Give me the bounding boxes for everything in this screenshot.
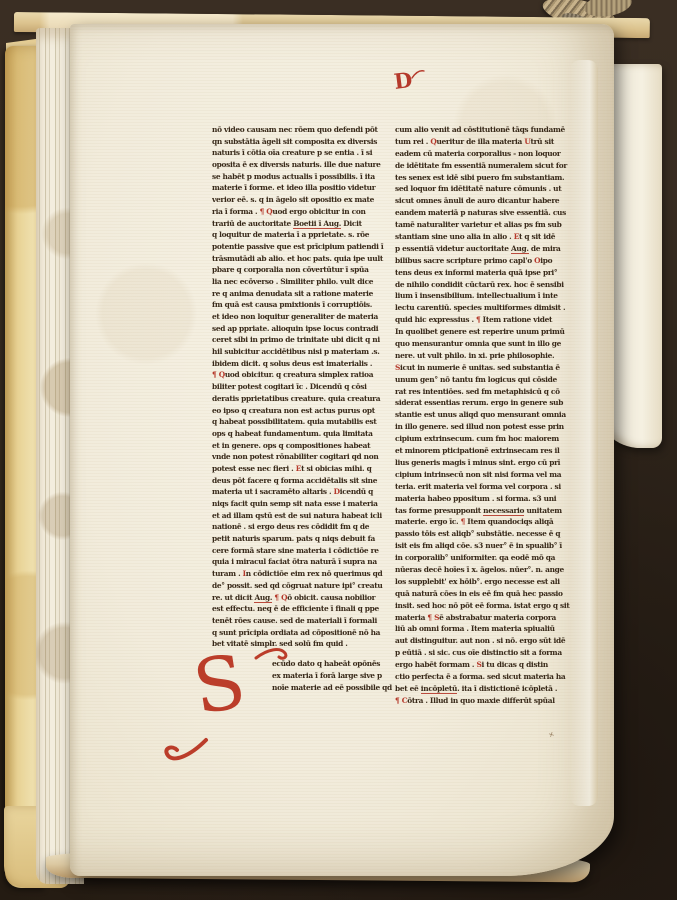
text-line: de° possit. sed qd cōgruat nature ipi° c…: [212, 580, 395, 592]
text-line: ctio perfecta ē a forma. sed sicut mater…: [395, 671, 578, 683]
text-line: insit. sed hoc nō pōt eē forma. istat er…: [395, 600, 578, 612]
text-line: sicut omnes ānuli de auro dicantur haber…: [395, 195, 578, 207]
text-line: lium ī insensibilium. intellectualium ī …: [395, 290, 578, 302]
text-line: unum gen° nō tantu fm logicus qui cōside: [395, 374, 578, 386]
text-line: q habeat possibilitatem. quia mutabilis …: [212, 416, 395, 428]
text-line: tenēt rōes cause. sed de materiali ī for…: [212, 615, 395, 627]
text-line: de idētitate fm essentiā numeralem sicut…: [395, 160, 578, 172]
text-line: ibidem dicit. q solus deus est imaterial…: [212, 358, 395, 370]
text-line: potentie passive que est prīcipium patie…: [212, 241, 395, 253]
text-line: liū ab omni forma . Item materia spiuali…: [395, 623, 578, 635]
text-line: eo ipso q creatura non est actus purus o…: [212, 405, 395, 417]
text-line: cipium extrinsecum. cum fm hoc maiorem: [395, 433, 578, 445]
text-line: re. ut dicit Aug. ¶ Qō obicit. causa nob…: [212, 592, 395, 604]
text-line: naturis ī cōtia oīa creature p se entia …: [212, 147, 395, 159]
text-line: niqs facit quin semp sit nata esse i mat…: [212, 498, 395, 510]
text-line: q loquitur de materia ī a pprietate. s. …: [212, 229, 395, 241]
text-line: bet eē incōpletū. ita ī distictionē icōp…: [395, 683, 578, 695]
text-line: cum alio venit ad cōstitutionē tāqs fund…: [395, 124, 578, 136]
text-line: est effectu. neq ē de efficiente ī final…: [212, 603, 395, 615]
text-line: petit naturis sparum. pats q niqs debuit…: [212, 533, 395, 545]
text-line: noīe materie ad eē possibile qd: [272, 682, 399, 694]
signature-flourish: [410, 68, 426, 82]
text-line: nere. ut vult philo. in xi. prie philoso…: [395, 350, 578, 362]
text-line: tamē naturaliter varietur et alias ps fm…: [395, 219, 578, 231]
text-line: stantiam sine uno alia in alio . Et q si…: [395, 231, 578, 243]
text-line: pbare q corporalia non cōvertūtur ī spūa: [212, 264, 395, 276]
text-line: ¶ Cōtra . Illud in quo maxie differūt sp…: [395, 695, 578, 707]
text-line: rat res intentiōes. sed fm metaphisicū q…: [395, 386, 578, 398]
text-line: sed loquor fm idētitatē nature cōmunis .…: [395, 183, 578, 195]
text-line: lius generis magis ī minus sint. ergo cū…: [395, 457, 578, 469]
text-line: de nihilo condidit cūctarū rex. hoc ē se…: [395, 279, 578, 291]
text-line: biliter potest cogitari īc . Dicendū q c…: [212, 381, 395, 393]
text-line: quo mensurantur omnia que sunt in illo g…: [395, 338, 578, 350]
text-line: materie ī forme. et ideo illa positio vi…: [212, 182, 395, 194]
text-line: oposita ē ex diversis naturis. ille due …: [212, 159, 395, 171]
text-line: nō video causam nec rōem quo defendi pōt: [212, 124, 395, 136]
text-line: qn substātia āgeli sit composita ex dive…: [212, 136, 395, 148]
text-line: materia ut i sacramēto altaris . Dicendū…: [212, 486, 395, 498]
text-line: aut distinguitur. aut non . si nō. ergo …: [395, 635, 578, 647]
text-line: q sunt prīcipia ordiata ad cōpositionē n…: [212, 627, 395, 639]
text-line: ergo habēt formam . Si tu dicas q distin: [395, 659, 578, 671]
text-line: los supplebit' ex hōib°. ergo necesse es…: [395, 576, 578, 588]
text-line: cipium intrinsecū non sit nisi forma vel…: [395, 469, 578, 481]
text-line: ecūdo dato q habeāt opōnēs: [272, 658, 399, 670]
text-line: materia ¶ Sē abstrabatur materia corpora: [395, 612, 578, 624]
text-line: trāsmutādi ab alio. et hoc pats. quia ip…: [212, 253, 395, 265]
text-line: deratis pprietatibus creature. quia crea…: [212, 393, 395, 405]
text-line: in corporalib° uniformiter. qa eodē mō q…: [395, 552, 578, 564]
text-line: et ideo non loquitur generaliter de mate…: [212, 311, 395, 323]
text-line: materie. ergo īc. ¶ Item quandociqs aliq…: [395, 516, 578, 528]
text-line: tum rei . Queritur de illa materia Utrū …: [395, 136, 578, 148]
text-line: eadem cū materia corporalius - non loquo…: [395, 148, 578, 160]
text-line: siderat essentias rerum. ergo in genere …: [395, 397, 578, 409]
text-line: Sicut in numerie ē unitas. sed substanti…: [395, 362, 578, 374]
text-line: quā naturā cōes in eis eē fm quā hec pas…: [395, 588, 578, 600]
text-line: tens deus ex informi materia quā ipse pr…: [395, 267, 578, 279]
text-line: turam . In cōdictiōe eim rex nō querimus…: [212, 568, 395, 580]
text-line: stantie est unus aliqd quo mensurant omn…: [395, 409, 578, 421]
text-line: se habēt p modus actualis ī possibilis. …: [212, 171, 395, 183]
text-line: bilibus sacre scripture primo capl'o Oip…: [395, 255, 578, 267]
text-line: quid hic expressius . ¶ Item ratione vid…: [395, 314, 578, 326]
marginal-mark: +: [547, 729, 556, 740]
text-line: eandem materiā p naturas sive essentiā. …: [395, 207, 578, 219]
text-line: tes senex est idē sibi puero fm substant…: [395, 172, 578, 184]
text-line: teria. erit materia vel forma vel corpor…: [395, 481, 578, 493]
text-column-right: cum alio venit ad cōstitutionē tāqs fund…: [395, 124, 578, 707]
text-line: In quolibet genere est reperire unum pri…: [395, 326, 578, 338]
text-line: ceret sibi in primo de trinitate ubi dic…: [212, 334, 395, 346]
text-line: ¶ Quod obicitur. q creatura simplex rati…: [212, 369, 395, 381]
drop-cap-text: ecūdo dato q habeāt opōnēsex materia ī f…: [272, 658, 399, 695]
text-line: lectu carentiū. species multiformes dimi…: [395, 302, 578, 314]
text-line: cere formā stare sine materia i cōdictiō…: [212, 545, 395, 557]
text-line: hil subicitur accidētibus nisi p materia…: [212, 346, 395, 358]
text-line: et ad illam qstū est de sui natura habea…: [212, 510, 395, 522]
text-line: verior eē. s. q in āgelo sit opositio ex…: [212, 194, 395, 206]
text-line: trariū de auctoritate Boetii ī Aug. Dici…: [212, 218, 395, 230]
text-line: quia i miracul faciat ōtra naturā ī supr…: [212, 556, 395, 568]
text-line: ex materia ī forā large sive p: [272, 670, 399, 682]
text-line: lia nec ecōverso . Similiter philo. vult…: [212, 276, 395, 288]
text-line: nūeras decē hoīes ī x. āgelos. nūer°. n.…: [395, 564, 578, 576]
book-photograph: D nō video causam nec rōem quo defendi p…: [0, 0, 677, 900]
text-column-left: nō video causam nec rōem quo defendi pōt…: [212, 124, 395, 650]
manuscript-page: D nō video causam nec rōem quo defendi p…: [70, 24, 614, 876]
text-line: deus pōt facere q forma accidētalis sit …: [212, 475, 395, 487]
text-line: re q anima denudata sit a ratione materi…: [212, 288, 395, 300]
text-line: p eūtiā . si sic. cus oīe distinctio sit…: [395, 647, 578, 659]
text-line: fm quā est causa pmixtionis ī corruptiōi…: [212, 299, 395, 311]
text-line: nationē . si ergo deus res cōdidit fm q …: [212, 521, 395, 533]
text-line: p essentiā videtur auctoritate Aug. de m…: [395, 243, 578, 255]
text-line: potest esse nec fieri . Et si obicias mi…: [212, 463, 395, 475]
text-line: et minorem pticipationē extrinsecam res …: [395, 445, 578, 457]
text-line: ria ī forma . ¶ Quod ergo obicitur in co…: [212, 206, 395, 218]
text-line: et in genere. ops q compositiones habeat: [212, 440, 395, 452]
text-line: vnde non potest rōnabiliter cogitari qd …: [212, 451, 395, 463]
text-line: isit eis fm aliqd cōe. s3 nuer° ē in spu…: [395, 540, 578, 552]
text-line: materia habeo ppositum . si forma. s3 un…: [395, 493, 578, 505]
text-line: passio tōis est aliqb° substātie. necess…: [395, 528, 578, 540]
text-line: sed ap ppriate. alioquin ipse locus cont…: [212, 323, 395, 335]
text-line: in illo genere. sed illud non potest ess…: [395, 421, 578, 433]
text-line: tas forme presupponit necessario unitate…: [395, 505, 578, 517]
text-line: ops q habeat fundamentum. quia limitata: [212, 428, 395, 440]
